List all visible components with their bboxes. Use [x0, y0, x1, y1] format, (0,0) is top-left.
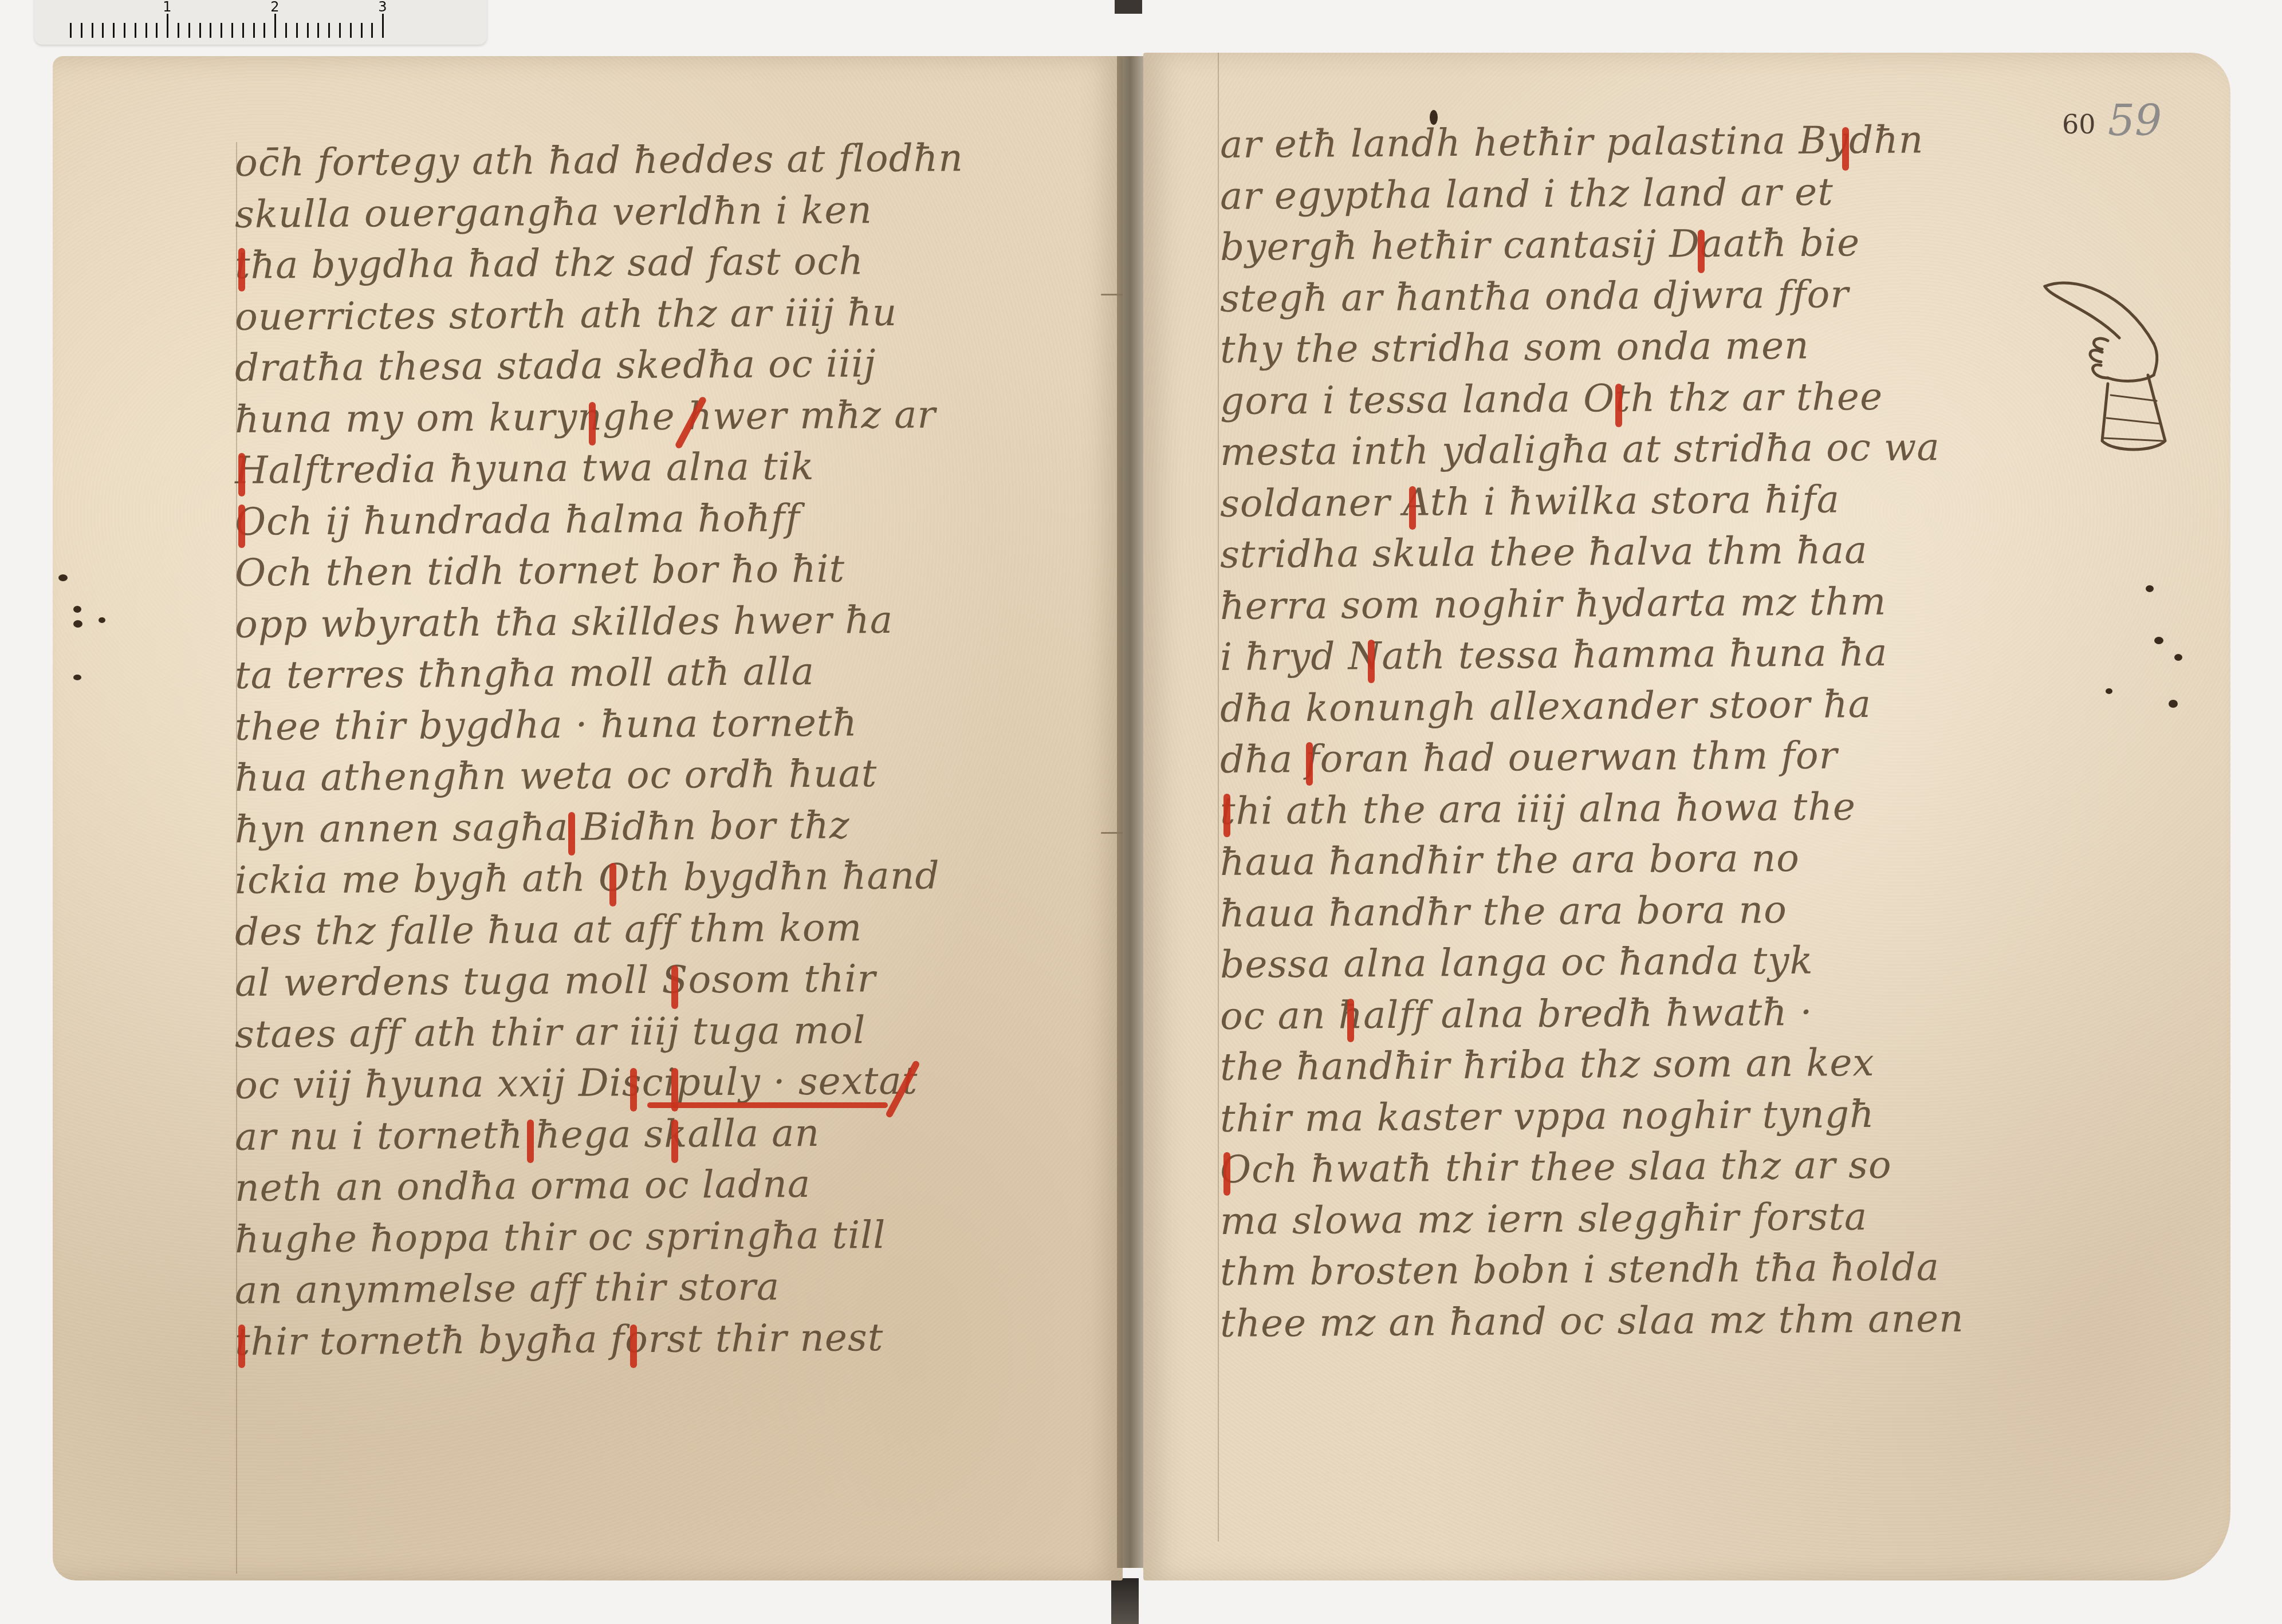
rubrication-stroke [1368, 640, 1375, 683]
ruler-tick [231, 23, 233, 38]
manuscript-line: oc̄h fortegy ath ħad ħeddes at flodħn [235, 136, 963, 185]
ink-spot [2154, 637, 2163, 644]
ruler-tick [102, 23, 104, 38]
manuscript-line: Och ij ħundrada ħalma ħoħff [235, 496, 800, 544]
rubrication-stroke [589, 402, 596, 446]
scale-ruler: 1 2 3 [34, 0, 487, 45]
rubrication-stroke [568, 812, 575, 856]
ruler-tick [113, 23, 115, 38]
rubrication-stroke [1347, 999, 1354, 1042]
manuscript-line: Och then tidh tornet bor ħo ħit [235, 547, 845, 595]
manuscript-line: neth an ondħa orma oc ladna [235, 1162, 811, 1210]
manuscript-line: ħughe ħoppa thir oc springħa till [235, 1213, 886, 1262]
manuscript-line: thee mz an ħand oc slaa mz thm anen [1220, 1296, 1964, 1345]
ruler-tick [371, 23, 373, 38]
manuscript-line: tħa bygdha ħad thz sad fast och [235, 239, 864, 287]
manuscript-line: ħaua ħandħir the ara bora no [1220, 836, 1800, 884]
rubrication-stroke [1306, 742, 1313, 786]
ruler-tick [124, 23, 125, 38]
manuscript-line: staes aff ath thir ar iiij tuga mol [235, 1008, 866, 1057]
manuscript-line: mesta inth ydaligħa at stridħa oc wa [1220, 425, 1940, 474]
manuscript-line: an anymmelse aff thir stora [235, 1264, 780, 1312]
rubrication-stroke [238, 453, 245, 496]
manuscript-line: al werdens tuga moll Sosom thir [235, 956, 876, 1005]
manuscript-line: bessa alna langa oc ħanda tyk [1220, 939, 1813, 987]
ruler-tick [145, 23, 147, 38]
ink-spot [2169, 700, 2178, 708]
rubrication-stroke [1223, 1152, 1230, 1196]
manuscript-line: skulla ouergangħa verldħn i ken [235, 188, 872, 236]
ruler-tick [156, 23, 158, 38]
ink-spot [2146, 585, 2154, 592]
manuscript-line: dratħa thesa stada skedħa oc iiij [235, 341, 876, 390]
rubrication-stroke [630, 1325, 637, 1368]
manuscript-line: thi ath the ara iiij alna ħowa the [1220, 785, 1856, 833]
ink-spot [58, 574, 68, 581]
manuscript-line: soldaner Ath i ħwilka stora ħifa [1220, 477, 1840, 526]
manuscript-line: byergħ hetħir cantasij Daatħ bie [1220, 220, 1860, 269]
rubrication-stroke [238, 504, 245, 548]
rubrication-stroke [671, 965, 678, 1009]
manuscript-line: ħua athengħn weta oc ordħ ħuat [235, 751, 878, 800]
ruler-tick [296, 23, 298, 38]
left-page: oc̄h fortegy ath ħad ħeddes at flodħnsku… [53, 56, 1123, 1580]
ruler-tick [199, 23, 201, 38]
ruler-tick [221, 23, 222, 38]
ruler-tick [350, 23, 352, 38]
ruler-tick [135, 23, 136, 38]
manuscript-line: ħyn annen sagħa Bidħn bor tħz [235, 803, 850, 851]
ruler-tick [285, 23, 287, 38]
ruler-tick [317, 23, 319, 38]
spine-clip-bottom [1111, 1578, 1139, 1624]
manuscript-line: ar egyptha land i thz land ar et [1220, 170, 1834, 218]
rubrication-stroke [609, 863, 616, 906]
manuscript-line: oc viij ħyuna xxij Discipuly · sextat [235, 1059, 918, 1107]
ink-spot [73, 606, 81, 613]
ruler-tick [242, 23, 244, 38]
rubrication-stroke [527, 1120, 534, 1163]
ruler-tick [328, 23, 330, 38]
rubrication-stroke [1223, 794, 1230, 837]
manuscript-line: thm brosten bobn i stendh tħa ħolda [1220, 1245, 1939, 1294]
manuscript-line: ma slowa mz iern sleggħir forsta [1220, 1195, 1868, 1243]
manuscript-line: ħaua ħandħr the ara bora no [1220, 888, 1787, 936]
ruler-tick [382, 14, 384, 38]
ruler-tick [178, 23, 179, 38]
manuscript-line: dħa konungh allexander stoor ħa [1220, 682, 1871, 731]
binding-gutter [1117, 56, 1143, 1568]
spine-clip-top [1115, 0, 1142, 14]
ruler-label-1: 1 [163, 0, 171, 15]
ruler-tick [253, 23, 255, 38]
rubrication-stroke [1409, 486, 1416, 530]
manuscript-line: ħerra som noghir ħydarta mz thm [1220, 579, 1887, 628]
rubrication-stroke [1698, 230, 1705, 273]
ruler-tick [210, 23, 211, 38]
ink-spot [99, 617, 105, 623]
rubrication-stroke [238, 1325, 245, 1368]
manuscript-line: opp wbyrath tħa skilldes hwer ħa [235, 597, 894, 646]
ruler-label-3: 3 [378, 0, 387, 15]
manuscript-line: ta terres tħngħa moll atħ alla [235, 649, 815, 697]
rubrication-stroke [1615, 384, 1622, 427]
rubrication-stroke [630, 1068, 637, 1111]
ink-spot [73, 675, 81, 680]
manuscript-line: thee thir bygdha · ħuna tornetħ [235, 700, 857, 749]
manuscript-line: stegħ ar ħantħa onda djwra ffor [1220, 272, 1849, 321]
manuscript-line: thir ma kaster vppa noghir tyngħ [1220, 1092, 1875, 1141]
manuscript-line: Halftredia ħyuna twa alna tik [235, 444, 815, 492]
ink-spot [73, 620, 82, 628]
ruler-tick [274, 14, 276, 38]
manuscript-line: gora i tessa landa Oth thz ar thee [1220, 374, 1883, 423]
ruler-tick [167, 14, 168, 38]
manuscript-line: thir tornetħ bygħa forst thir nest [235, 1315, 884, 1364]
manuscript-line: ouerrictes storth ath thz ar iiij ħu [235, 290, 898, 338]
manicule-pointing-hand-icon [2039, 212, 2171, 481]
rubrication-stroke [671, 1120, 678, 1163]
ruler-tick [307, 23, 309, 38]
folio-number-pencil: 59 [2108, 96, 2162, 145]
ruler-tick [361, 23, 363, 38]
manuscript-line: oc an ħalff alna bredħ ħwatħ · [1220, 990, 1813, 1038]
manuscript-line: the ħandħir ħriba thz som an kex [1220, 1040, 1875, 1089]
manuscript-line: stridha skula thee ħalva thm ħaa [1220, 528, 1868, 577]
manuscript-line: ħuna my om kurynghe hwer mħz ar [235, 392, 936, 442]
ruler-tick [70, 23, 72, 38]
ruler-tick [92, 23, 93, 38]
rubrication-stroke [238, 248, 245, 291]
ruler-tick [339, 23, 341, 38]
manuscript-line: i ħryd Nath tessa ħamma ħuna ħa [1220, 630, 1888, 679]
right-text-block: ar etħ landh hetħir palastina Bydħnar eg… [1220, 123, 2114, 1382]
ruler-label-2: 2 [270, 0, 279, 15]
rubrication-stroke [1842, 127, 1849, 171]
manuscript-line: thy the stridha som onda men [1220, 324, 1809, 372]
left-text-block: oc̄h fortegy ath ħad ħeddes at flodħnsku… [235, 141, 1094, 1401]
ink-spot [2174, 654, 2182, 661]
folio-number-ink: 60 [2062, 109, 2096, 140]
manuscript-line: ar etħ landh hetħir palastina Bydħn [1220, 117, 1924, 167]
manuscript-line: ickia me bygħ ath Oth bygdħn ħand [235, 853, 940, 902]
manuscript-line: des thz falle ħua at aff thm kom [235, 905, 863, 954]
manuscript-line: Och ħwatħ thir thee slaa thz ar so [1220, 1143, 1892, 1192]
ruler-tick [81, 23, 82, 38]
right-ruling-line [1218, 53, 1219, 1542]
rubric-underline [647, 1102, 888, 1108]
ruler-tick [263, 23, 265, 38]
ruler-tick [188, 23, 190, 38]
